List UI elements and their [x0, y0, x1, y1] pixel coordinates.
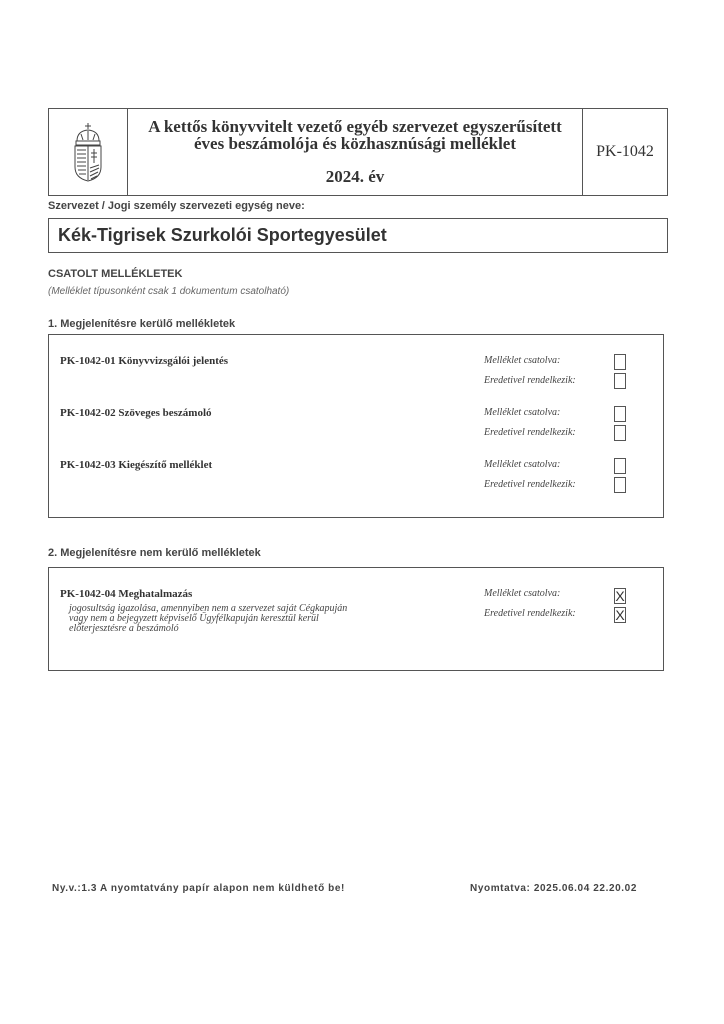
form-code: PK-1042: [583, 109, 667, 195]
original-label: Eredetivel rendelkezik:: [484, 375, 576, 386]
attachment-name: PK-1042-03 Kiegészítő melléklet: [60, 459, 212, 471]
organization-name: Kék-Tigrisek Szurkolói Sportegyesület: [58, 225, 387, 246]
form-title-line1: A kettős könyvvitelt vezető egyéb szerve…: [128, 118, 582, 135]
attachments-title: CSATOLT MELLÉKLETEK: [48, 268, 182, 280]
section-2-box: PK-1042-04 Meghatalmazás jogosultság iga…: [48, 567, 664, 671]
attachment-name: PK-1042-04 Meghatalmazás: [60, 588, 192, 600]
original-checkbox[interactable]: [614, 373, 626, 389]
organization-name-field: Kék-Tigrisek Szurkolói Sportegyesület: [48, 218, 668, 253]
attachment-name: PK-1042-01 Könyvvizsgálói jelentés: [60, 355, 228, 367]
attached-label: Melléklet csatolva:: [484, 355, 560, 366]
original-label: Eredetivel rendelkezik:: [484, 427, 576, 438]
attachment-row: PK-1042-01 Könyvvizsgálói jelentés Mellé…: [49, 355, 663, 397]
original-checkbox-checked[interactable]: X: [614, 607, 626, 623]
original-checkbox[interactable]: [614, 425, 626, 441]
hungarian-coat-of-arms-icon: [71, 121, 105, 183]
form-header: A kettős könyvvitelt vezető egyéb szerve…: [48, 108, 668, 196]
original-label: Eredetivel rendelkezik:: [484, 479, 576, 490]
section-1-box: PK-1042-01 Könyvvizsgálói jelentés Mellé…: [48, 334, 664, 518]
form-year: 2024. év: [128, 167, 582, 187]
attached-checkbox-checked[interactable]: X: [614, 588, 626, 604]
attachment-name: PK-1042-02 Szöveges beszámoló: [60, 407, 212, 419]
attachments-note: (Melléklet típusonként csak 1 dokumentum…: [48, 286, 289, 297]
attached-label: Melléklet csatolva:: [484, 459, 560, 470]
footer-version-note: Ny.v.:1.3 A nyomtatvány papír alapon nem…: [52, 883, 345, 894]
form-title-cell: A kettős könyvvitelt vezető egyéb szerve…: [128, 109, 583, 195]
original-checkbox[interactable]: [614, 477, 626, 493]
form-title-line2: éves beszámolója és közhasznúsági mellék…: [128, 135, 582, 152]
attachment-row: PK-1042-04 Meghatalmazás jogosultság iga…: [49, 588, 663, 658]
header-logo-cell: [49, 109, 128, 195]
attached-checkbox[interactable]: [614, 406, 626, 422]
original-label: Eredetivel rendelkezik:: [484, 608, 576, 619]
attachment-description: jogosultság igazolása, amennyiben nem a …: [69, 604, 429, 634]
organization-label: Szervezet / Jogi személy szervezeti egys…: [48, 200, 305, 212]
footer-print-timestamp: Nyomtatva: 2025.06.04 22.20.02: [470, 883, 637, 894]
section-1-title: 1. Megjelenítésre kerülő mellékletek: [48, 318, 235, 330]
section-2-title: 2. Megjelenítésre nem kerülő mellékletek: [48, 547, 261, 559]
attachment-row: PK-1042-03 Kiegészítő melléklet Mellékle…: [49, 459, 663, 501]
attached-checkbox[interactable]: [614, 354, 626, 370]
attachment-row: PK-1042-02 Szöveges beszámoló Melléklet …: [49, 407, 663, 449]
attached-label: Melléklet csatolva:: [484, 407, 560, 418]
attached-checkbox[interactable]: [614, 458, 626, 474]
attached-label: Melléklet csatolva:: [484, 588, 560, 599]
